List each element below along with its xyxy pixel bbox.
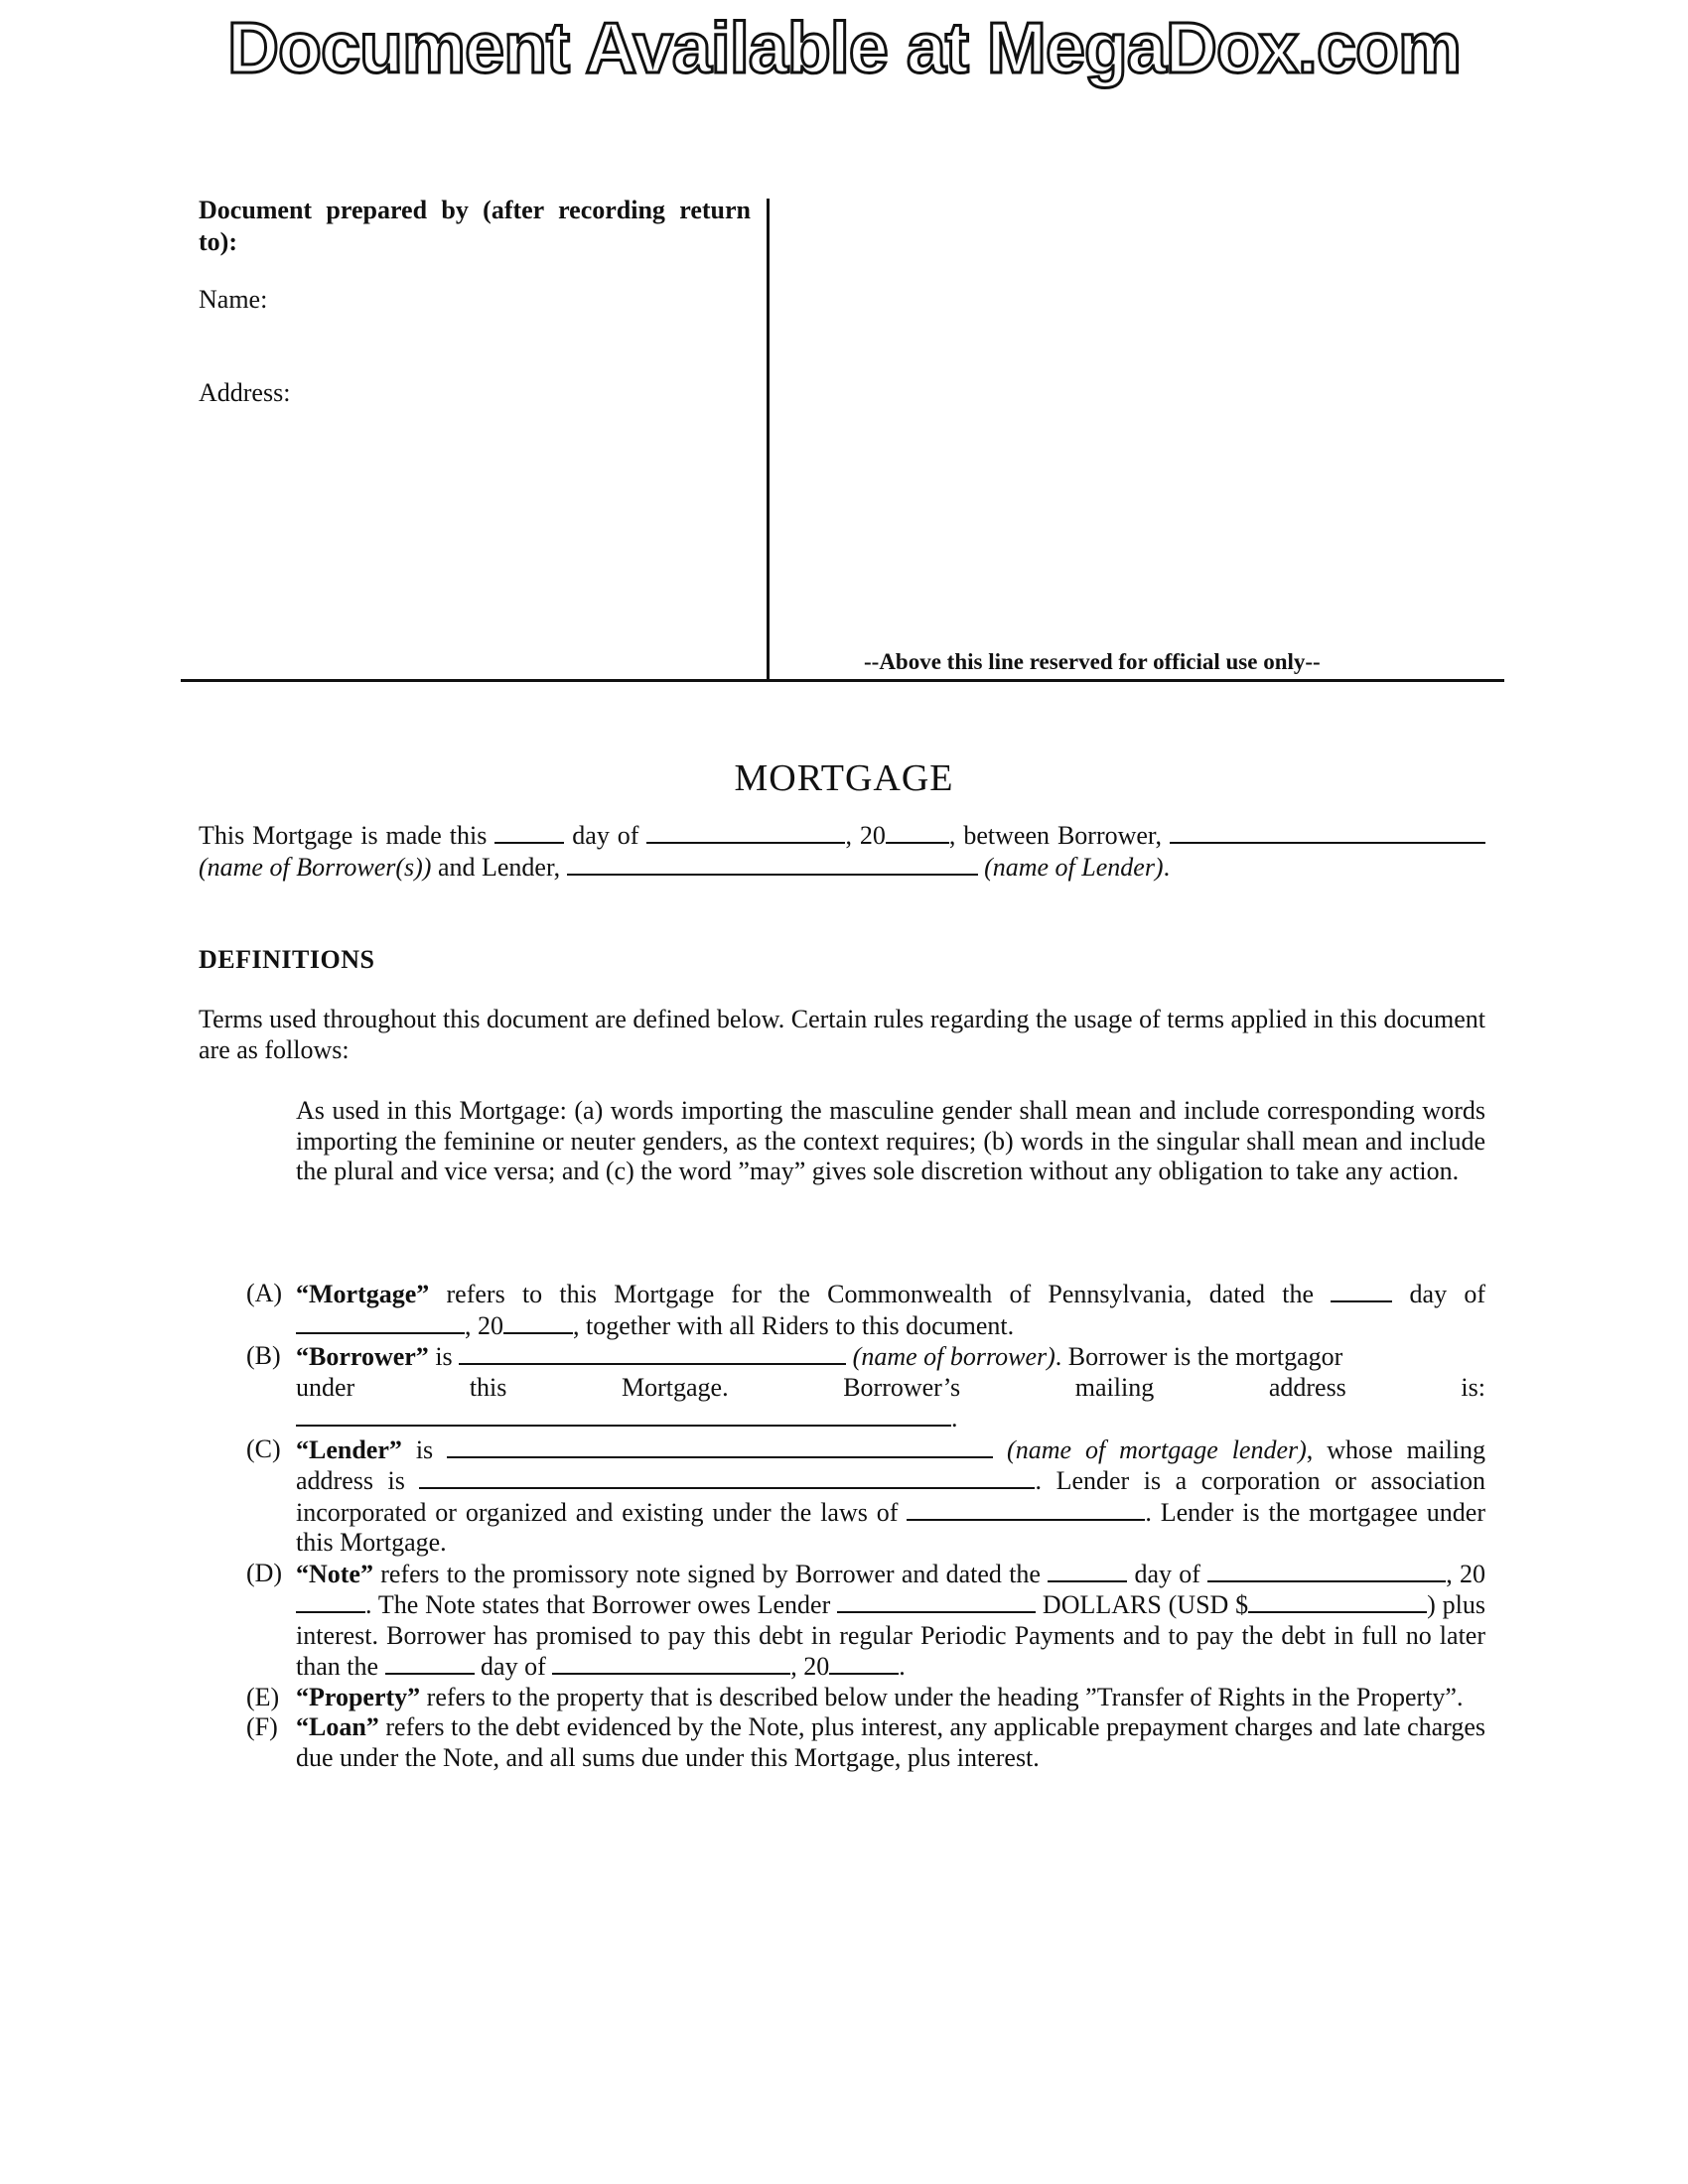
definition-text: refers to the debt evidenced by the Note… bbox=[296, 1712, 1485, 1772]
note-year-blank[interactable] bbox=[296, 1589, 365, 1613]
definition-text: is bbox=[402, 1435, 447, 1464]
mortgage-day-blank[interactable] bbox=[1331, 1279, 1392, 1302]
definition-term: “Lender” bbox=[296, 1435, 402, 1464]
name-label: Name: bbox=[199, 284, 751, 316]
address-label: Address: bbox=[199, 377, 751, 409]
borrower-address-blank[interactable] bbox=[296, 1403, 951, 1427]
definition-letter: (E) bbox=[246, 1683, 296, 1713]
definition-hint: (name of mortgage lender) bbox=[1007, 1435, 1307, 1464]
intro-paragraph: This Mortgage is made this day of , 20, … bbox=[199, 820, 1485, 883]
note-month-blank[interactable] bbox=[1207, 1559, 1446, 1582]
definition-text: , 20 bbox=[790, 1652, 829, 1681]
intro-text: , 20 bbox=[845, 821, 885, 850]
definition-borrower: (B) “Borrower” is (name of borrower). Bo… bbox=[246, 1341, 1485, 1434]
definition-note: (D) “Note” refers to the promissory note… bbox=[246, 1559, 1485, 1683]
intro-text: , between Borrower, bbox=[949, 821, 1170, 850]
definition-hint: (name of borrower) bbox=[853, 1342, 1055, 1371]
recording-info-box: Document prepared by (after recording re… bbox=[199, 195, 751, 409]
maturity-year-blank[interactable] bbox=[829, 1651, 899, 1675]
intro-text: This Mortgage is made this bbox=[199, 821, 494, 850]
definition-text: , 20 bbox=[1446, 1560, 1485, 1588]
mortgage-month-blank[interactable] bbox=[296, 1310, 465, 1334]
definition-text: day of bbox=[1127, 1560, 1207, 1588]
definition-term: “Borrower” bbox=[296, 1342, 429, 1371]
definition-mortgage: (A) “Mortgage” refers to this Mortgage f… bbox=[246, 1279, 1485, 1341]
amount-usd-blank[interactable] bbox=[1248, 1589, 1427, 1613]
definition-term: “Property” bbox=[296, 1683, 420, 1711]
definition-text: refers to this Mortgage for the Commonwe… bbox=[429, 1280, 1331, 1308]
year-blank[interactable] bbox=[886, 820, 949, 844]
lender-name-blank[interactable] bbox=[567, 852, 978, 876]
definition-letter: (F) bbox=[246, 1712, 296, 1773]
intro-text: day of bbox=[564, 821, 646, 850]
definition-text: DOLLARS (USD $ bbox=[1036, 1590, 1248, 1619]
definition-letter: (D) bbox=[246, 1559, 296, 1683]
definition-text: refers to the property that is described… bbox=[420, 1683, 1463, 1711]
definition-text: day of bbox=[1392, 1280, 1485, 1308]
lender-name-blank[interactable] bbox=[447, 1434, 993, 1458]
definition-text: under this Mortgage. Borrower’s mailing … bbox=[296, 1373, 1485, 1404]
maturity-day-blank[interactable] bbox=[385, 1651, 475, 1675]
day-blank[interactable] bbox=[494, 820, 564, 844]
official-use-note: --Above this line reserved for official … bbox=[864, 649, 1321, 675]
official-use-rule bbox=[181, 679, 1504, 682]
mortgage-year-blank[interactable] bbox=[503, 1310, 573, 1334]
definition-letter: (B) bbox=[246, 1341, 296, 1434]
definition-text: . Borrower is the mortgagor bbox=[1055, 1342, 1343, 1371]
definition-text: refers to the promissory note signed by … bbox=[373, 1560, 1048, 1588]
document-title: MORTGAGE bbox=[0, 756, 1688, 800]
definition-text: . The Note states that Borrower owes Len… bbox=[365, 1590, 837, 1619]
amount-words-blank[interactable] bbox=[837, 1589, 1036, 1613]
definition-term: “Note” bbox=[296, 1560, 373, 1588]
lender-hint: (name of Lender) bbox=[984, 853, 1164, 882]
definition-term: “Mortgage” bbox=[296, 1280, 429, 1308]
definition-letter: (A) bbox=[246, 1279, 296, 1341]
note-day-blank[interactable] bbox=[1048, 1559, 1127, 1582]
definition-text: . bbox=[899, 1652, 906, 1681]
definitions-list: (A) “Mortgage” refers to this Mortgage f… bbox=[246, 1279, 1485, 1773]
prepared-by-heading: Document prepared by (after recording re… bbox=[199, 195, 751, 258]
definition-property: (E) “Property” refers to the property th… bbox=[246, 1683, 1485, 1713]
month-blank[interactable] bbox=[646, 820, 845, 844]
definition-letter: (C) bbox=[246, 1434, 296, 1559]
definitions-heading: DEFINITIONS bbox=[199, 945, 374, 975]
usage-rules: As used in this Mortgage: (a) words impo… bbox=[296, 1096, 1485, 1187]
definition-text: day of bbox=[475, 1652, 553, 1681]
lender-address-blank[interactable] bbox=[419, 1465, 1035, 1489]
intro-text: . bbox=[1164, 853, 1171, 882]
definition-lender: (C) “Lender” is (name of mortgage lender… bbox=[246, 1434, 1485, 1559]
definition-text: is bbox=[429, 1342, 459, 1371]
intro-text: and Lender, bbox=[431, 853, 566, 882]
definition-term: “Loan” bbox=[296, 1712, 379, 1741]
definition-text: , 20 bbox=[465, 1311, 503, 1340]
borrower-name-blank[interactable] bbox=[459, 1341, 846, 1365]
maturity-month-blank[interactable] bbox=[552, 1651, 790, 1675]
definition-loan: (F) “Loan” refers to the debt evidenced … bbox=[246, 1712, 1485, 1773]
lender-jurisdiction-blank[interactable] bbox=[907, 1497, 1145, 1521]
definition-text: . bbox=[951, 1404, 958, 1433]
borrower-name-blank[interactable] bbox=[1170, 820, 1485, 844]
megadox-watermark: Document Available at MegaDox.com bbox=[199, 4, 1489, 93]
borrower-hint: (name of Borrower(s)) bbox=[199, 853, 431, 882]
recording-box-divider bbox=[767, 199, 770, 682]
definition-text: , together with all Riders to this docum… bbox=[573, 1311, 1014, 1340]
definitions-intro: Terms used throughout this document are … bbox=[199, 1005, 1485, 1065]
